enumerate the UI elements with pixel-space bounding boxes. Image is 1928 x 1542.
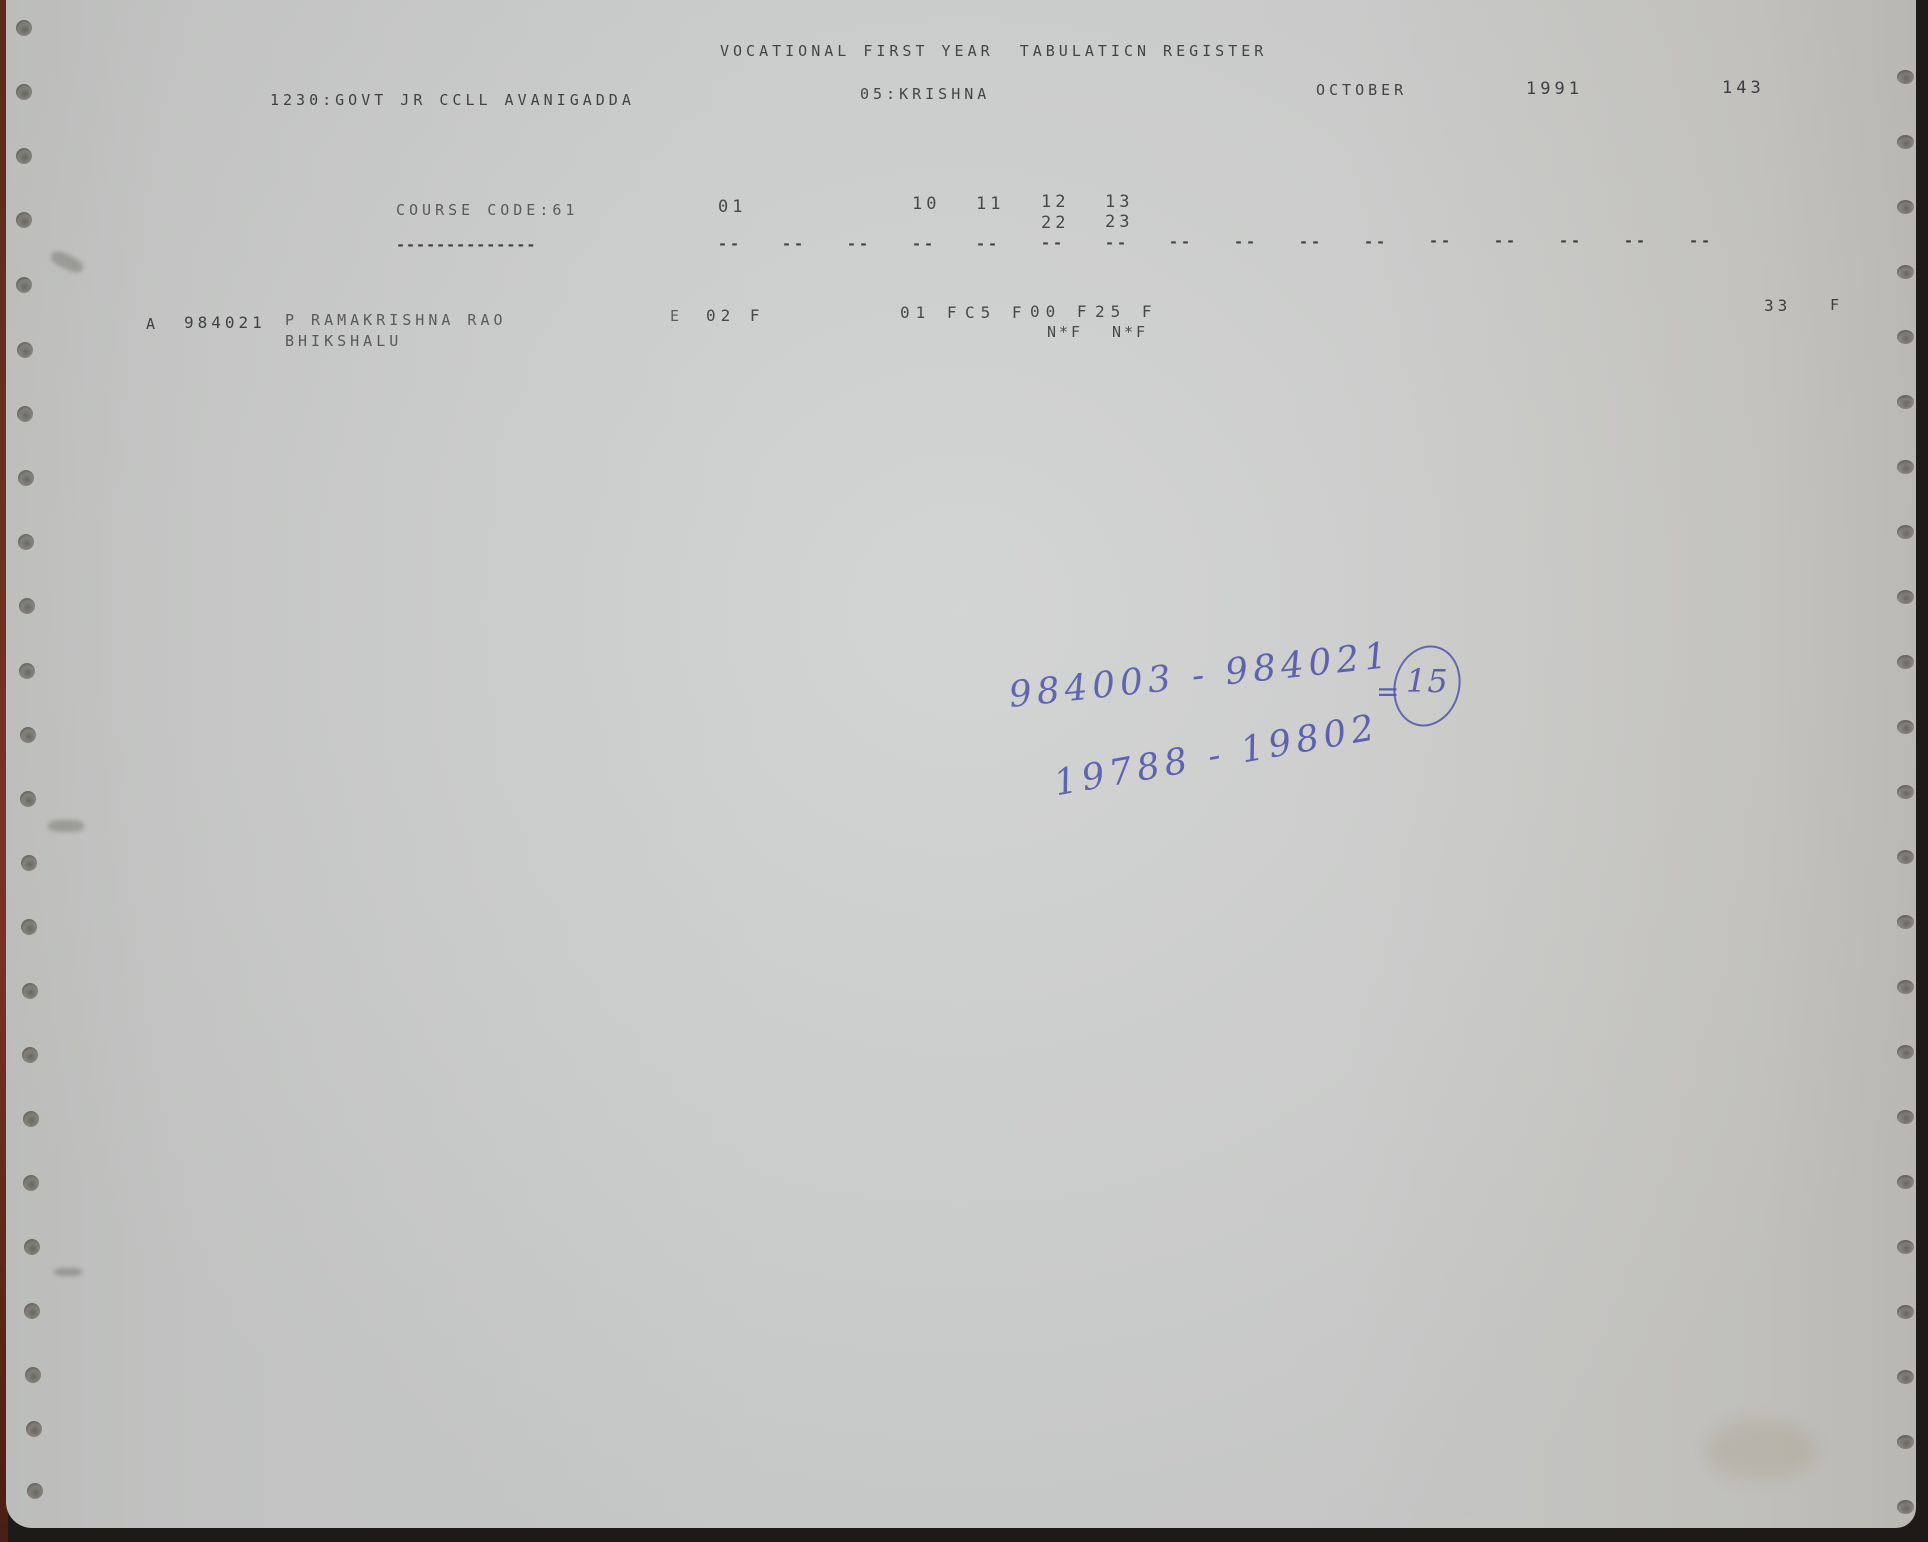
record-subject-01-mark: 02 F [706, 308, 765, 324]
feed-hole [1897, 590, 1914, 604]
feed-hole [24, 1239, 40, 1255]
feed-hole [19, 663, 35, 679]
column-separator: -- [1689, 232, 1713, 250]
column-separator: -- [1559, 232, 1583, 250]
record-language: E [670, 309, 683, 324]
feed-hole [18, 470, 34, 486]
column-separator: -- [1105, 234, 1129, 252]
feed-hole [1897, 1045, 1914, 1059]
feed-hole [1897, 525, 1914, 539]
handwritten-serial-range: 19788 - 19802 [1051, 707, 1382, 805]
record-result: F [1830, 298, 1843, 313]
column-separator: -- [1624, 232, 1648, 250]
column-separator: -- [782, 235, 806, 253]
feed-hole [1897, 785, 1914, 799]
record-subject-11-mark: C5 F [965, 305, 1028, 321]
handwritten-roll-range: 984003 - 984021 [1007, 635, 1394, 716]
record-subject-23-mark: N*F [1112, 325, 1148, 340]
feed-hole [1897, 200, 1914, 214]
column-separator: -- [847, 235, 871, 253]
handwritten-count: 15 [1406, 662, 1449, 700]
column-separator: -- [1041, 234, 1065, 252]
column-header-23: 23 [1105, 214, 1133, 231]
column-header-10: 10 [912, 196, 940, 213]
column-separator: -- [912, 235, 936, 253]
column-header-13: 13 [1105, 194, 1133, 211]
feed-hole [1897, 915, 1914, 929]
ink-smudge [54, 1268, 82, 1276]
record-subject-13-mark: 25 F [1095, 304, 1158, 320]
feed-hole [22, 1047, 38, 1063]
exam-month: OCTOBER [1316, 83, 1407, 98]
record-category: A [146, 317, 159, 332]
column-separator: -- [1299, 233, 1323, 251]
column-separator: -- [1169, 233, 1193, 251]
feed-hole [25, 1367, 41, 1383]
feed-hole [1897, 1110, 1914, 1124]
feed-hole [1897, 1370, 1914, 1384]
feed-hole [1897, 265, 1914, 279]
record-subject-22-mark: N*F [1047, 325, 1083, 340]
record-name: P RAMAKRISHNA RAO [285, 313, 507, 328]
feed-hole [17, 406, 33, 422]
feed-hole [1897, 1435, 1914, 1449]
feed-hole [16, 20, 32, 36]
feed-hole [21, 919, 37, 935]
register-title: VOCATIONAL FIRST YEAR TABULATICN REGISTE… [720, 44, 1267, 59]
ink-smudge [49, 248, 86, 275]
column-separator: -- [718, 235, 742, 253]
feed-hole [20, 727, 36, 743]
record-total: 33 [1764, 298, 1791, 314]
feed-hole [21, 855, 37, 871]
feed-hole [1897, 1500, 1914, 1514]
feed-hole [27, 1483, 43, 1499]
feed-hole [1897, 395, 1914, 409]
feed-hole [1897, 1175, 1914, 1189]
feed-hole [24, 1303, 40, 1319]
column-header-11: 11 [976, 196, 1004, 213]
exam-year: 1991 [1526, 81, 1583, 98]
column-separator: -- [1234, 233, 1258, 251]
feed-hole [20, 791, 36, 807]
feed-hole [16, 84, 32, 100]
feed-hole [1897, 70, 1914, 84]
feed-hole [16, 212, 32, 228]
college-code-name: 1230:GOVT JR CCLL AVANIGADDA [270, 93, 635, 108]
page-number: 143 [1722, 80, 1765, 97]
column-separator: -- [1364, 233, 1388, 251]
feed-hole [1897, 460, 1914, 474]
feed-hole [1897, 720, 1914, 734]
record-roll-number: 984021 [184, 315, 266, 331]
feed-hole [26, 1421, 42, 1437]
feed-hole [16, 277, 32, 293]
feed-hole [23, 1111, 39, 1127]
record-subject-10-mark: 01 F [900, 305, 963, 321]
ink-smudge [48, 820, 84, 832]
course-code-label: COURSE CODE:61 [396, 203, 578, 218]
column-separator: -- [1494, 232, 1518, 250]
feed-hole [1897, 1240, 1914, 1254]
column-header-12: 12 [1041, 194, 1069, 211]
feed-hole [18, 534, 34, 550]
feed-hole [1897, 655, 1914, 669]
paper-stain [1706, 1420, 1816, 1480]
feed-hole [19, 598, 35, 614]
feed-hole [16, 148, 32, 164]
column-header-22: 22 [1041, 215, 1069, 232]
tabulation-register-page: VOCATIONAL FIRST YEAR TABULATICN REGISTE… [6, 0, 1916, 1528]
feed-hole [17, 342, 33, 358]
feed-hole [1897, 1305, 1914, 1319]
record-father-name: BHIKSHALU [285, 334, 402, 349]
column-separator: -- [976, 235, 1000, 253]
district-code-name: 05:KRISHNA [860, 87, 990, 102]
column-header-01: 01 [718, 199, 746, 216]
record-subject-12-mark: 00 F [1030, 304, 1093, 320]
feed-hole [1897, 330, 1914, 344]
feed-hole [23, 1175, 39, 1191]
feed-hole [22, 983, 38, 999]
course-code-underline: -------------- [396, 236, 536, 254]
feed-hole [1897, 135, 1914, 149]
column-separator: -- [1429, 232, 1453, 250]
feed-hole [1897, 850, 1914, 864]
feed-hole [1897, 980, 1914, 994]
